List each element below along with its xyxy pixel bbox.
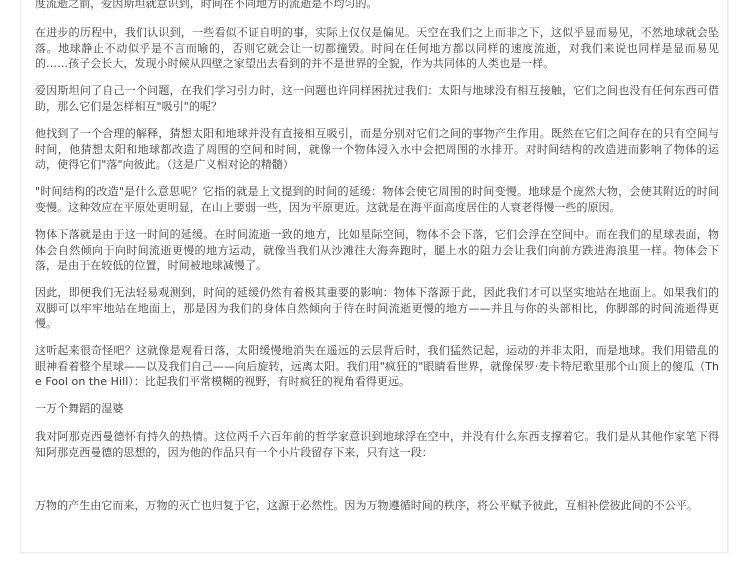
paragraph-explanation: 他找到了一个合理的解释，猜想太阳和地球并没有直接相互吸引，而是分别对它们之间的事… bbox=[35, 126, 719, 173]
quote-fragment: 万物的产生由它而来，万物的灭亡也归复于它，这源于必然性。因为万物遵循时间的秩序，… bbox=[35, 498, 719, 514]
paragraph-sunset: 这听起来很奇怪吧？这就像是观看日落，太阳缓慢地消失在遥远的云层背后时，我们猛然记… bbox=[35, 343, 719, 390]
paragraph-anaximander: 我对阿那克西曼德怀有持久的热情。这位两千六百年前的哲学家意识到地球浮在空中，并没… bbox=[35, 429, 719, 460]
paragraph-question: 爱因斯坦问了自己一个问题，在我们学习引力时，这一问题也许同样困扰过我们：太阳与地… bbox=[35, 83, 719, 114]
article-card: 度流逝之前，爱因斯坦就意识到，时间在不同地方的流逝是不均匀的。 在进步的历程中，… bbox=[20, 0, 728, 553]
paragraph-time-structure: "时间结构的改造"是什么意思呢？它指的就是上文提到的时间的延缓：物体会使它周围的… bbox=[35, 184, 719, 215]
section-heading: 一万个舞蹈的湿婆 bbox=[35, 401, 719, 417]
paragraph-progress: 在进步的历程中，我们认识到，一些看似不证自明的事，实际上仅仅是偏见。天空在我们之… bbox=[35, 25, 719, 72]
paragraph-consequence: 因此，即便我们无法轻易观测到，时间的延缓仍然有着极其重要的影响：物体下落源于此，… bbox=[35, 285, 719, 332]
paragraph-falling: 物体下落就是由于这一时间的延缓。在时间流逝一致的地方，比如星际空间，物体不会下落… bbox=[35, 227, 719, 274]
paragraph-intro-tail: 度流逝之前，爱因斯坦就意识到，时间在不同地方的流逝是不均匀的。 bbox=[35, 0, 719, 12]
